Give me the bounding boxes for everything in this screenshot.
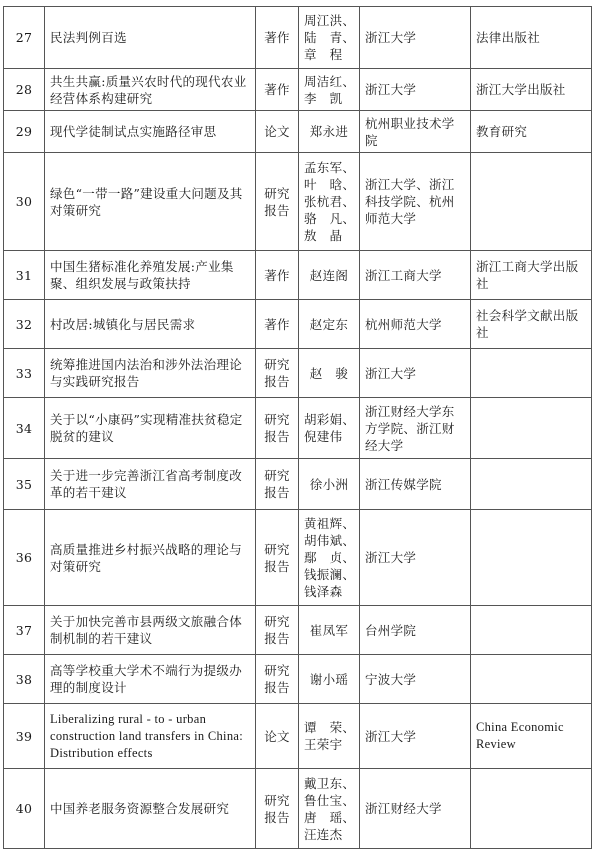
authors: 孟东军、 叶 晗、 张杭君、 骆 凡、 敖 晶 <box>299 153 360 251</box>
institution: 宁波大学 <box>360 655 471 704</box>
publisher <box>471 769 592 849</box>
publisher: 社会科学文献出版社 <box>471 300 592 349</box>
work-title: 村改居:城镇化与居民需求 <box>45 300 256 349</box>
work-title: 关于以“小康码”实现精准扶贫稳定脱贫的建议 <box>45 398 256 459</box>
publisher <box>471 510 592 606</box>
table-row: 40 中国养老服务资源整合发展研究 研究报告 戴卫东、 鲁仕宝、 唐 瑶、 汪连… <box>4 769 592 849</box>
work-title: 高质量推进乡村振兴战略的理论与对策研究 <box>45 510 256 606</box>
institution: 杭州职业技术学院 <box>360 111 471 153</box>
work-type: 著作 <box>256 69 299 111</box>
authors: 黄祖辉、 胡伟斌、 鄢 贞、 钱振澜、 钱泽森 <box>299 510 360 606</box>
table-row: 34 关于以“小康码”实现精准扶贫稳定脱贫的建议 研究报告 胡彩娟、 倪建伟 浙… <box>4 398 592 459</box>
work-title: 绿色“一带一路”建设重大问题及其对策研究 <box>45 153 256 251</box>
institution: 浙江大学 <box>360 7 471 69</box>
row-number: 38 <box>4 655 45 704</box>
row-number: 33 <box>4 349 45 398</box>
authors: 胡彩娟、 倪建伟 <box>299 398 360 459</box>
row-number: 30 <box>4 153 45 251</box>
publisher <box>471 398 592 459</box>
work-type: 研究报告 <box>256 349 299 398</box>
publisher: 浙江工商大学出版社 <box>471 251 592 300</box>
institution: 浙江工商大学 <box>360 251 471 300</box>
table-row: 30 绿色“一带一路”建设重大问题及其对策研究 研究报告 孟东军、 叶 晗、 张… <box>4 153 592 251</box>
work-type: 研究报告 <box>256 769 299 849</box>
row-number: 34 <box>4 398 45 459</box>
authors: 赵 骏 <box>299 349 360 398</box>
institution: 杭州师范大学 <box>360 300 471 349</box>
institution: 浙江大学 <box>360 349 471 398</box>
row-number: 31 <box>4 251 45 300</box>
table-row: 37 关于加快完善市县两级文旅融合体制机制的若干建议 研究报告 崔凤军 台州学院 <box>4 606 592 655</box>
authors: 谢小瑶 <box>299 655 360 704</box>
authors: 周洁红、 李 凯 <box>299 69 360 111</box>
row-number: 39 <box>4 704 45 769</box>
work-type: 研究报告 <box>256 655 299 704</box>
authors: 赵连阁 <box>299 251 360 300</box>
publisher: 浙江大学出版社 <box>471 69 592 111</box>
work-type: 著作 <box>256 7 299 69</box>
table-row: 28 共生共赢:质量兴农时代的现代农业经营体系构建研究 著作 周洁红、 李 凯 … <box>4 69 592 111</box>
table-row: 39 Liberalizing rural - to - urban const… <box>4 704 592 769</box>
work-title: 民法判例百选 <box>45 7 256 69</box>
publisher <box>471 153 592 251</box>
row-number: 28 <box>4 69 45 111</box>
institution: 浙江财经大学 <box>360 769 471 849</box>
work-title: Liberalizing rural - to - urban construc… <box>45 704 256 769</box>
publisher <box>471 349 592 398</box>
work-title: 现代学徒制试点实施路径审思 <box>45 111 256 153</box>
table-row: 38 高等学校重大学术不端行为提级办理的制度设计 研究报告 谢小瑶 宁波大学 <box>4 655 592 704</box>
work-title: 关于进一步完善浙江省高考制度改革的若干建议 <box>45 459 256 510</box>
institution: 浙江财经大学东方学院、浙江财经大学 <box>360 398 471 459</box>
authors: 郑永进 <box>299 111 360 153</box>
publisher <box>471 655 592 704</box>
row-number: 29 <box>4 111 45 153</box>
publisher: 教育研究 <box>471 111 592 153</box>
publisher: 法律出版社 <box>471 7 592 69</box>
publisher: China Economic Review <box>471 704 592 769</box>
row-number: 37 <box>4 606 45 655</box>
authors: 戴卫东、 鲁仕宝、 唐 瑶、 汪连杰 <box>299 769 360 849</box>
work-title: 关于加快完善市县两级文旅融合体制机制的若干建议 <box>45 606 256 655</box>
work-type: 研究报告 <box>256 153 299 251</box>
authors: 赵定东 <box>299 300 360 349</box>
table-row: 36 高质量推进乡村振兴战略的理论与对策研究 研究报告 黄祖辉、 胡伟斌、 鄢 … <box>4 510 592 606</box>
authors: 周江洪、 陆 青、 章 程 <box>299 7 360 69</box>
table-row: 35 关于进一步完善浙江省高考制度改革的若干建议 研究报告 徐小洲 浙江传媒学院 <box>4 459 592 510</box>
institution: 浙江大学 <box>360 704 471 769</box>
table-row: 27 民法判例百选 著作 周江洪、 陆 青、 章 程 浙江大学 法律出版社 <box>4 7 592 69</box>
row-number: 32 <box>4 300 45 349</box>
authors: 谭 荣、 王荣宇 <box>299 704 360 769</box>
row-number: 40 <box>4 769 45 849</box>
work-title: 中国养老服务资源整合发展研究 <box>45 769 256 849</box>
work-type: 研究报告 <box>256 459 299 510</box>
institution: 台州学院 <box>360 606 471 655</box>
table-row: 31 中国生猪标准化养殖发展:产业集聚、组织发展与政策扶持 著作 赵连阁 浙江工… <box>4 251 592 300</box>
work-type: 研究报告 <box>256 398 299 459</box>
table-row: 29 现代学徒制试点实施路径审思 论文 郑永进 杭州职业技术学院 教育研究 <box>4 111 592 153</box>
work-type: 研究报告 <box>256 510 299 606</box>
institution: 浙江大学 <box>360 510 471 606</box>
institution: 浙江传媒学院 <box>360 459 471 510</box>
publisher <box>471 606 592 655</box>
table-row: 33 统筹推进国内法治和涉外法治理论与实践研究报告 研究报告 赵 骏 浙江大学 <box>4 349 592 398</box>
awards-table: 27 民法判例百选 著作 周江洪、 陆 青、 章 程 浙江大学 法律出版社 28… <box>3 6 592 849</box>
authors: 徐小洲 <box>299 459 360 510</box>
work-type: 论文 <box>256 704 299 769</box>
publisher <box>471 459 592 510</box>
institution: 浙江大学 <box>360 69 471 111</box>
row-number: 35 <box>4 459 45 510</box>
authors: 崔凤军 <box>299 606 360 655</box>
work-type: 研究报告 <box>256 606 299 655</box>
work-title: 统筹推进国内法治和涉外法治理论与实践研究报告 <box>45 349 256 398</box>
work-title: 中国生猪标准化养殖发展:产业集聚、组织发展与政策扶持 <box>45 251 256 300</box>
work-type: 著作 <box>256 251 299 300</box>
row-number: 36 <box>4 510 45 606</box>
work-type: 著作 <box>256 300 299 349</box>
table-row: 32 村改居:城镇化与居民需求 著作 赵定东 杭州师范大学 社会科学文献出版社 <box>4 300 592 349</box>
work-title: 共生共赢:质量兴农时代的现代农业经营体系构建研究 <box>45 69 256 111</box>
institution: 浙江大学、浙江科技学院、杭州师范大学 <box>360 153 471 251</box>
work-title: 高等学校重大学术不端行为提级办理的制度设计 <box>45 655 256 704</box>
row-number: 27 <box>4 7 45 69</box>
work-type: 论文 <box>256 111 299 153</box>
